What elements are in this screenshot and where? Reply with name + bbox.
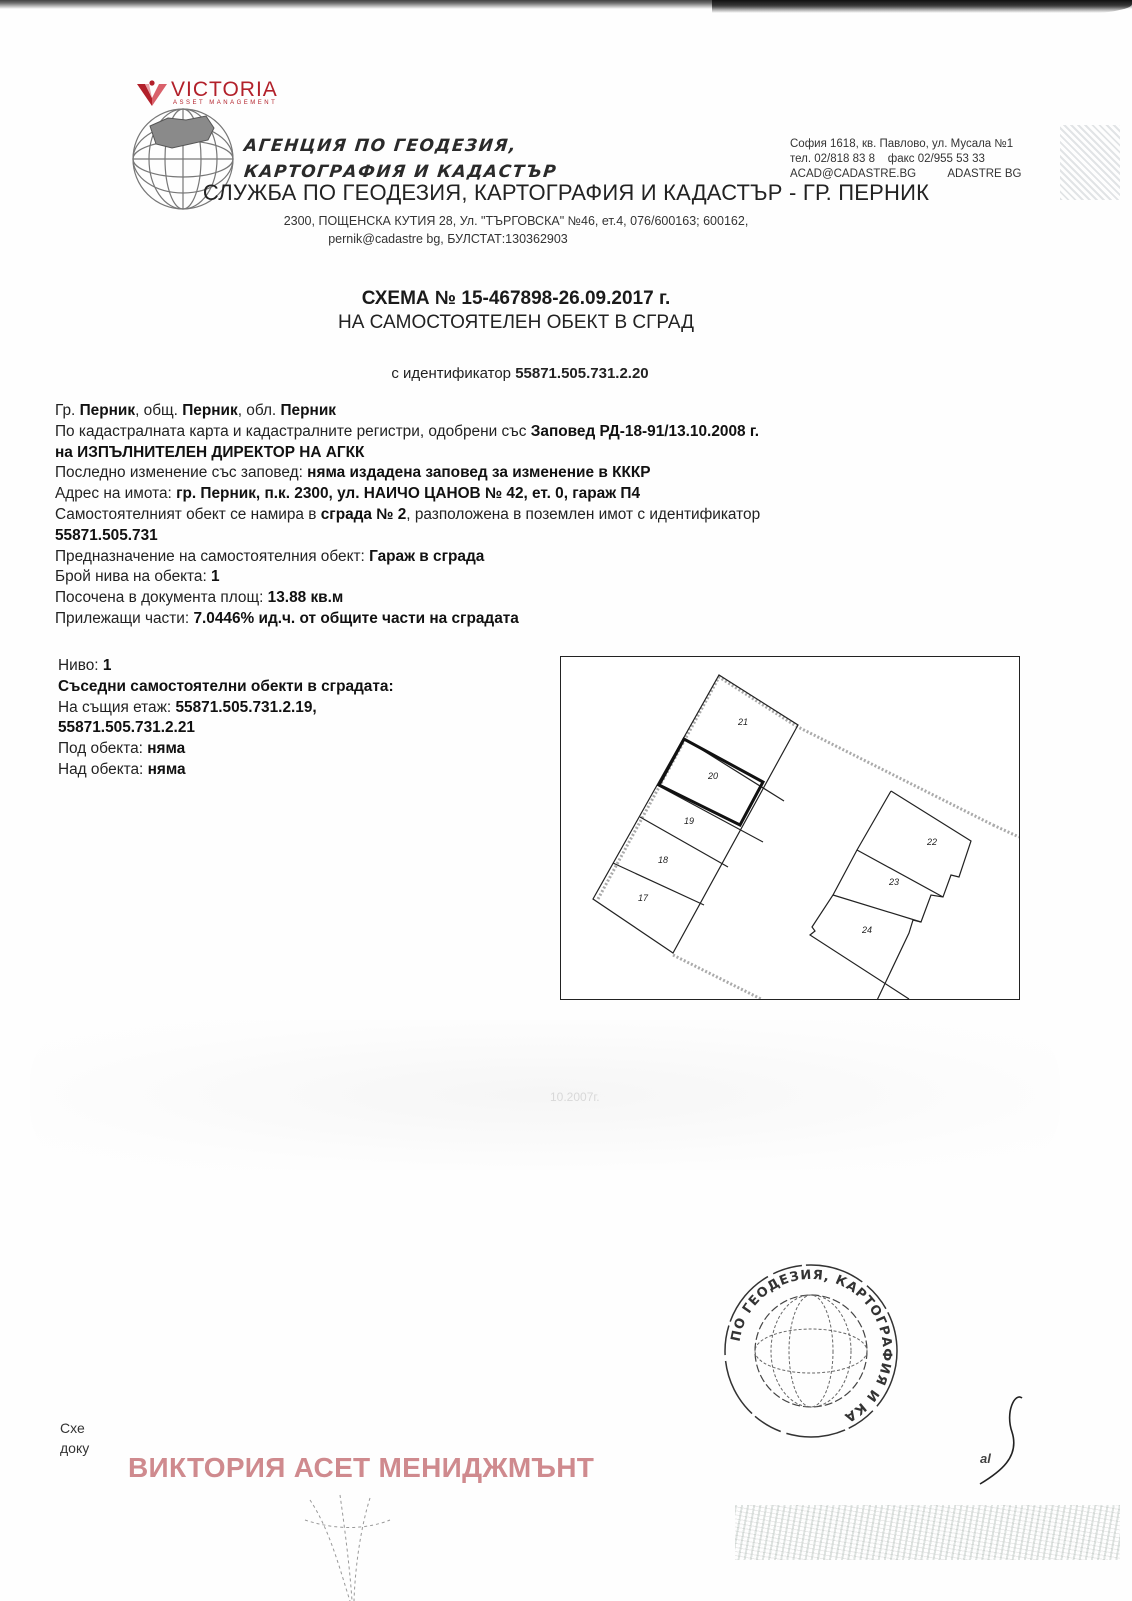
unit-label-18: 18 bbox=[658, 855, 668, 865]
footer-text-left: Схе доку bbox=[60, 1418, 89, 1458]
faded-globe-icon bbox=[290, 1490, 400, 1601]
office-address-line1: 2300, ПОЩЕНСКА КУТИЯ 28, Ул. "ТЪРГОВСКА"… bbox=[0, 214, 1032, 228]
unit-label-22: 22 bbox=[926, 837, 937, 847]
unit-label-19: 19 bbox=[684, 816, 694, 826]
unit-label-20: 20 bbox=[707, 771, 718, 781]
unit-label-24: 24 bbox=[861, 925, 872, 935]
agency-watermark: ВИКТОРИЯ АСЕТ МЕНИДЖМЪНТ bbox=[128, 1452, 594, 1484]
redacted-area: 10.2007г. bbox=[30, 1020, 1060, 1170]
unit-label-21: 21 bbox=[737, 717, 748, 727]
purpose-line: Предназначение на самостоятелния обект: … bbox=[55, 547, 760, 568]
document-subtitle: НА САМОСТОЯТЕЛЕН ОБЕКТ В СГРАД bbox=[0, 312, 1032, 334]
agency-name-line2: КАРТОГРАФИЯ И КАДАСТЪР bbox=[243, 162, 558, 182]
same-floor-line: На същия етаж: 55871.505.731.2.19, bbox=[58, 698, 394, 719]
parcel-id-line: 55871.505.731 bbox=[55, 526, 760, 547]
shared-parts-line: Прилежащи части: 7.0446% ид.ч. от общите… bbox=[55, 609, 760, 630]
floor-plan-drawing: 17 18 19 20 21 22 23 24 bbox=[561, 657, 1019, 999]
svg-text:ПО ГЕОДЕЗИЯ, КАРТОГРАФИЯ И КА: ПО ГЕОДЕЗИЯ, КАРТОГРАФИЯ И КА bbox=[729, 1268, 895, 1425]
unit-label-23: 23 bbox=[888, 877, 899, 887]
official-stamp-icon: ПО ГЕОДЕЗИЯ, КАРТОГРАФИЯ И КА bbox=[722, 1262, 900, 1440]
address-line: Адрес на имота: гр. Перник, п.к. 2300, у… bbox=[55, 484, 760, 505]
cadastre-order-line: По кадастралната карта и кадастралните р… bbox=[55, 422, 760, 443]
above-line: Над обекта: няма bbox=[58, 760, 394, 781]
agency-name-line1: АГЕНЦИЯ ПО ГЕОДЕЗИЯ, bbox=[243, 136, 518, 156]
contact-address: София 1618, кв. Павлово, ул. Мусала №1 bbox=[790, 137, 1022, 152]
levels-line: Брой нива на обекта: 1 bbox=[55, 567, 760, 588]
neighbors-heading: Съседни самостоятелни обекти в сградата: bbox=[58, 677, 394, 698]
area-line: Посочена в документа площ: 13.88 кв.м bbox=[55, 588, 760, 609]
document-title: СХЕМА № 15-467898-26.09.2017 г. bbox=[0, 288, 1032, 310]
identifier-value: 55871.505.731.2.20 bbox=[515, 365, 648, 382]
agency-contact: София 1618, кв. Павлово, ул. Мусала №1 т… bbox=[790, 137, 1022, 182]
victoria-logo-icon bbox=[137, 80, 167, 106]
location-line: Гр. Перник, общ. Перник, обл. Перник bbox=[55, 401, 760, 422]
level-line: Ниво: 1 bbox=[58, 656, 394, 677]
scan-noise-bottom bbox=[735, 1505, 1120, 1560]
footer-text-right: al bbox=[980, 1451, 991, 1466]
office-title: СЛУЖБА ПО ГЕОДЕЗИЯ, КАРТОГРАФИЯ И КАДАСТ… bbox=[0, 180, 1132, 206]
neighbor-info: Ниво: 1 Съседни самостоятелни обекти в с… bbox=[58, 656, 394, 781]
logo-name: VICTORIA bbox=[171, 78, 278, 102]
building-line: Самостоятелният обект се намира в сграда… bbox=[55, 505, 760, 526]
faded-text: 10.2007г. bbox=[550, 1090, 600, 1104]
property-info: Гр. Перник, общ. Перник, обл. Перник По … bbox=[55, 401, 760, 630]
unit-label-17: 17 bbox=[638, 893, 649, 903]
signature bbox=[960, 1392, 1030, 1487]
office-address-line2: pernik@cadastre bg, БУЛСТАТ:130362903 bbox=[0, 232, 896, 246]
cadastre-authority-line: на ИЗПЪЛНИТЕЛЕН ДИРЕКТОР НА АГКК bbox=[55, 443, 760, 464]
last-change-line: Последно изменение със заповед: няма изд… bbox=[55, 463, 760, 484]
contact-phone-fax: тел. 02/818 83 8 факс 02/955 53 33 bbox=[790, 152, 1022, 167]
floor-plan-schema: 17 18 19 20 21 22 23 24 bbox=[560, 656, 1020, 1000]
identifier-label: с идентификатор bbox=[391, 365, 515, 382]
object-identifier: с идентификатор 55871.505.731.2.20 bbox=[0, 365, 1040, 382]
scan-edge-shadow-right bbox=[712, 0, 1132, 14]
same-floor-line-2: 55871.505.731.2.21 bbox=[58, 718, 394, 739]
below-line: Под обекта: няма bbox=[58, 739, 394, 760]
